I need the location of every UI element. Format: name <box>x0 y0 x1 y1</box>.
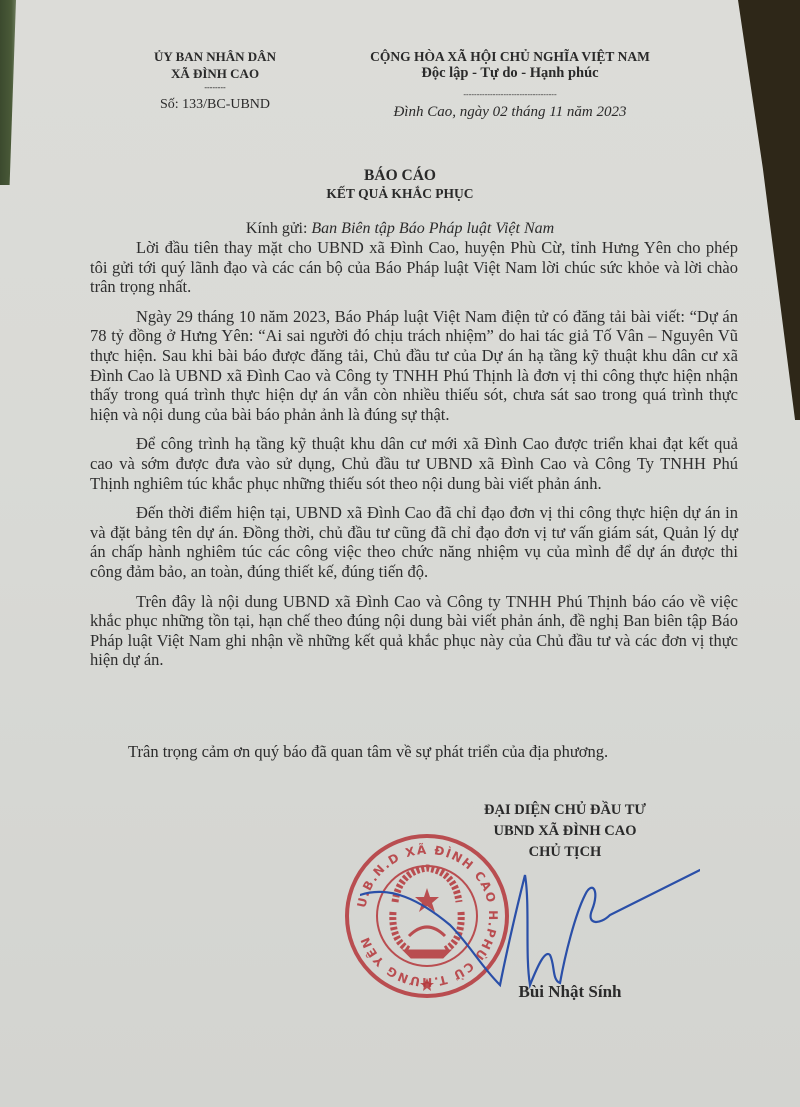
closing-line: Trân trọng cảm ơn quý báo đã quan tâm về… <box>128 742 608 762</box>
document-subtitle: KẾT QUẢ KHẮC PHỤC <box>0 186 800 202</box>
recipient-name: Ban Biên tập Báo Pháp luật Việt Nam <box>311 220 554 237</box>
agency-divider: -------- <box>110 84 320 92</box>
agency-name-line2: XÃ ĐÌNH CAO <box>110 65 320 82</box>
paragraph-current-actions: Đến thời điểm hiện tại, UBND xã Đình Cao… <box>90 503 738 581</box>
national-header-block: CỘNG HÒA XÃ HỘI CHỦ NGHĨA VIỆT NAM Độc l… <box>345 48 675 121</box>
paragraph-commitment: Để công trình hạ tầng kỹ thuật khu dân c… <box>90 434 738 493</box>
recipient-label: Kính gửi: <box>246 220 312 237</box>
issuing-agency-block: ỦY BAN NHÂN DÂN XÃ ĐÌNH CAO -------- Số:… <box>110 48 320 113</box>
handwritten-signature-icon <box>360 855 700 995</box>
paragraph-summary: Trên đây là nội dung UBND xã Đình Cao và… <box>90 592 738 670</box>
document-title: BÁO CÁO <box>0 167 800 185</box>
nation-name: CỘNG HÒA XÃ HỘI CHỦ NGHĨA VIỆT NAM <box>345 48 675 65</box>
body-text: Lời đầu tiên thay mặt cho UBND xã Đình C… <box>90 238 738 670</box>
agency-name-line1: ỦY BAN NHÂN DÂN <box>110 48 320 65</box>
signature-title-line1: ĐẠI DIỆN CHỦ ĐẦU TƯ <box>430 800 700 821</box>
motto-divider: ----------------------------------- <box>345 90 675 100</box>
recipient-line: Kính gửi: Ban Biên tập Báo Pháp luật Việ… <box>0 220 800 238</box>
place-date: Đình Cao, ngày 02 tháng 11 năm 2023 <box>345 104 675 121</box>
paragraph-greeting: Lời đầu tiên thay mặt cho UBND xã Đình C… <box>90 238 738 297</box>
paragraph-article-reference: Ngày 29 tháng 10 năm 2023, Báo Pháp luật… <box>90 307 738 425</box>
document-number: Số: 133/BC-UBND <box>110 96 320 113</box>
signer-name: Bùi Nhật Sính <box>470 982 670 1002</box>
national-motto: Độc lập - Tự do - Hạnh phúc <box>345 65 675 82</box>
